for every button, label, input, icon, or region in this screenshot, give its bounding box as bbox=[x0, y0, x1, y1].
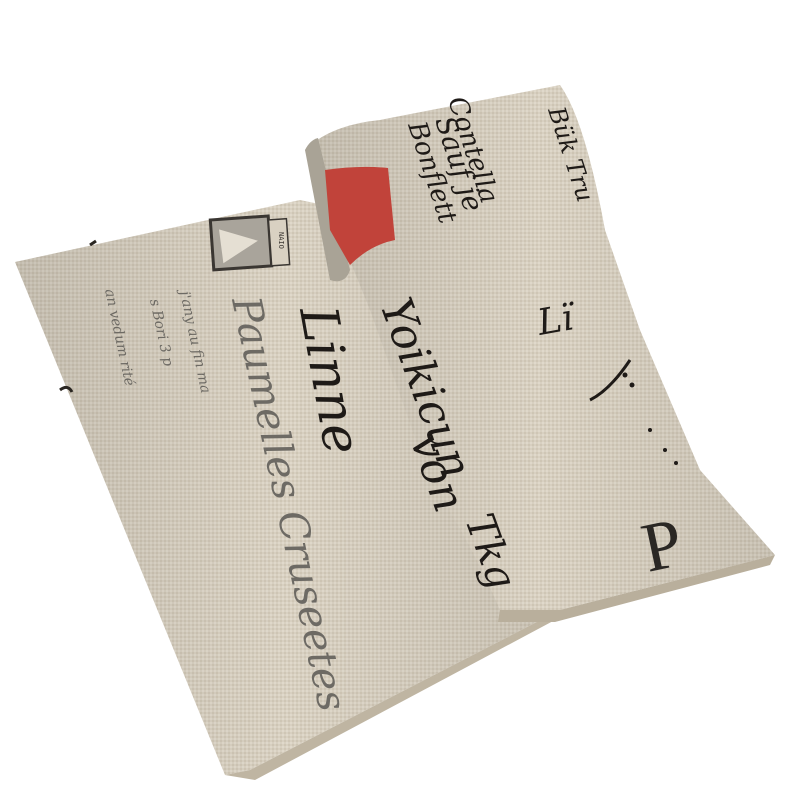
stamp-label: NAIO bbox=[277, 232, 285, 249]
stamp-graphic: NAIO bbox=[210, 216, 289, 270]
product-photo: NAIO Linne Paumelles Cruseetes j'any au … bbox=[0, 0, 800, 800]
fabric-illustration: NAIO Linne Paumelles Cruseetes j'any au … bbox=[0, 0, 800, 800]
